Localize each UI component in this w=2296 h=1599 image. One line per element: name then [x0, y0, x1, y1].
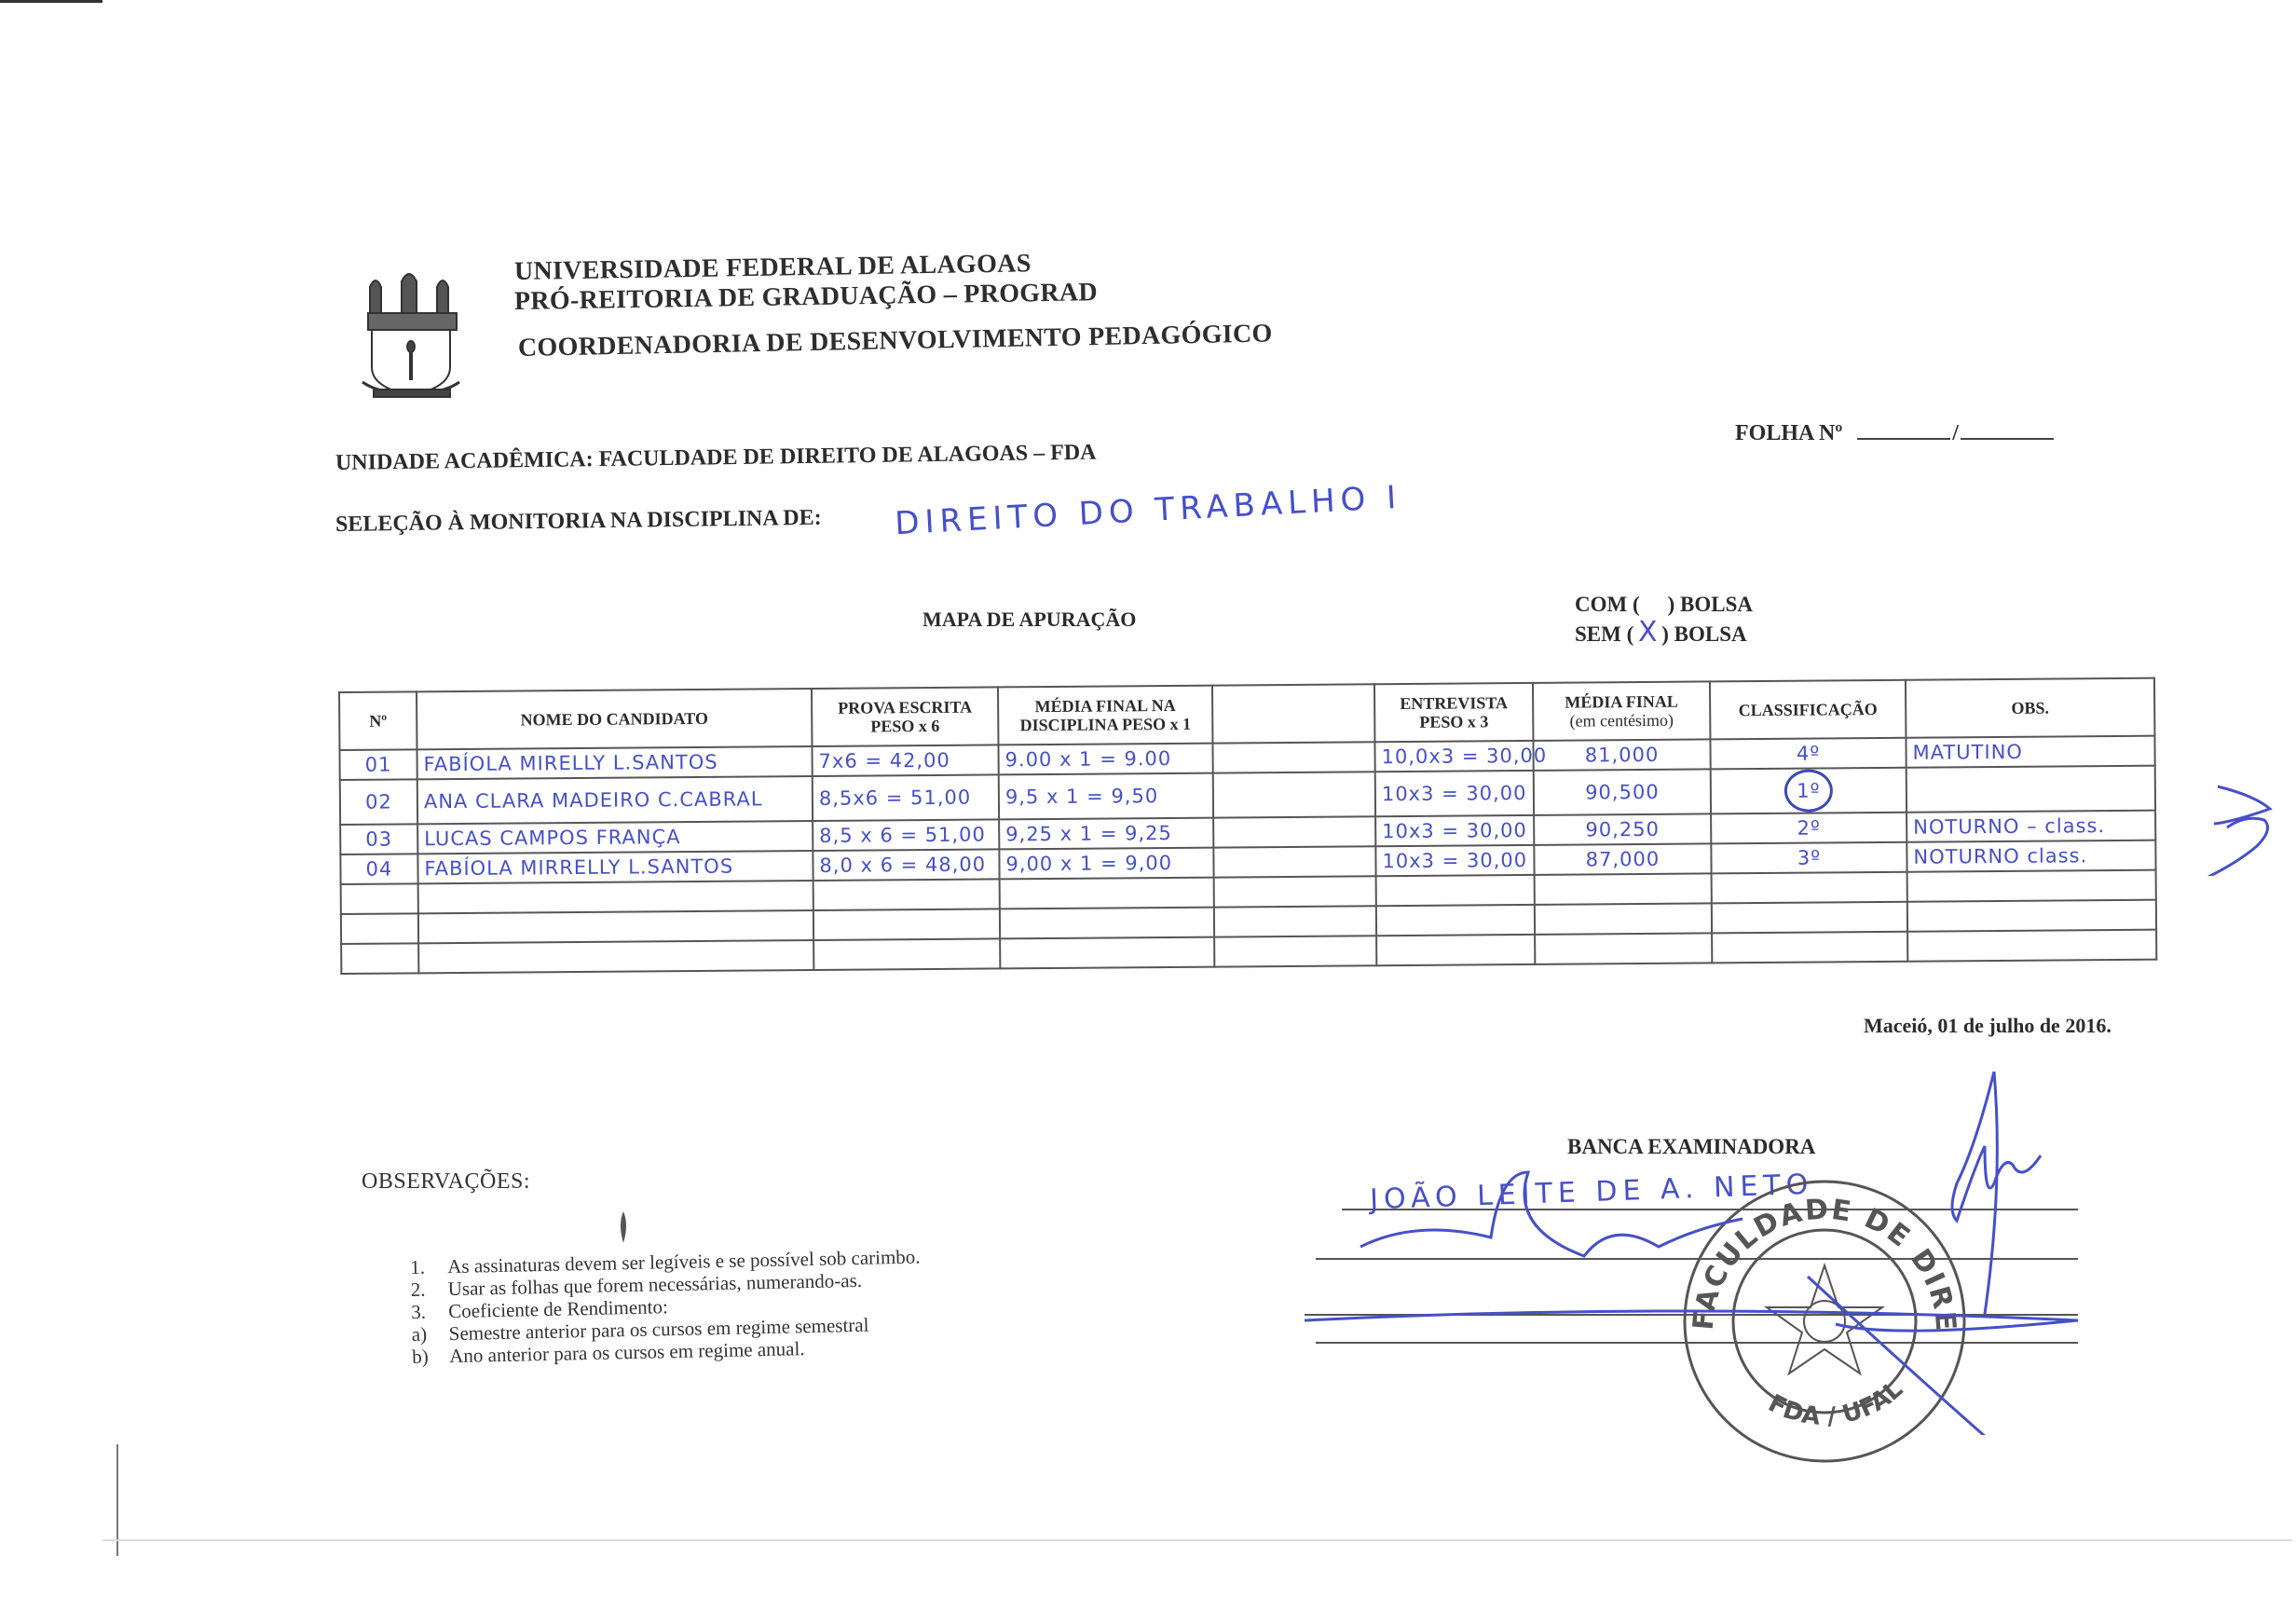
cell-prova[interactable]: [813, 909, 1000, 940]
cell-nome[interactable]: FABÍOLA MIRELLY L.SANTOS: [417, 746, 812, 779]
folha-total-field[interactable]: [1961, 423, 2054, 440]
cell-prova[interactable]: [813, 938, 1000, 970]
cell-classificacao[interactable]: 3º: [1711, 842, 1906, 874]
cell-entrevista[interactable]: 10x3 = 30,00: [1375, 845, 1534, 876]
selecao-label: SELEÇÃO À MONITORIA NA DISCIPLINA DE:: [335, 506, 822, 538]
coordination-name: COORDENADORIA DE DESENVOLVIMENTO PEDAGÓG…: [518, 319, 1273, 363]
obs-annotation-arrows: [1947, 773, 2283, 876]
observacao-number: 2.: [411, 1278, 448, 1301]
cell-obs[interactable]: [1907, 930, 2156, 962]
cell-media-final[interactable]: [1535, 933, 1712, 963]
observacao-number: 1.: [410, 1255, 447, 1278]
bolsa-options: COM () BOLSA SEM (X) BOLSA: [1575, 591, 1753, 649]
cell-num[interactable]: [341, 883, 418, 914]
sem-bolsa-checkbox[interactable]: X: [1633, 619, 1661, 647]
cell-blank[interactable]: [1214, 876, 1376, 907]
cell-entrevista[interactable]: 10x3 = 30,00: [1375, 771, 1534, 816]
unidade-academica: UNIDADE ACADÊMICA: FACULDADE DE DIREITO …: [335, 441, 1097, 476]
cell-nome[interactable]: [418, 910, 813, 943]
cell-prova[interactable]: 8,0 x 6 = 48,00: [813, 849, 999, 881]
cell-classificacao[interactable]: [1712, 872, 1907, 904]
header-blank: [1212, 684, 1374, 743]
cell-classificacao[interactable]: 4º: [1710, 738, 1906, 770]
observacoes-title: OBSERVAÇÕES:: [362, 1169, 530, 1195]
cell-blank[interactable]: [1214, 906, 1376, 936]
cell-media-disciplina[interactable]: [1000, 908, 1214, 939]
cell-num[interactable]: [341, 913, 418, 944]
header-media-final: MÉDIA FINAL(em centésimo): [1533, 681, 1710, 740]
cell-prova[interactable]: 7x6 = 42,00: [812, 745, 998, 776]
cell-media-final[interactable]: 87,000: [1534, 843, 1711, 874]
cell-nome[interactable]: [418, 881, 813, 913]
cell-media-disciplina[interactable]: 9,5 x 1 = 9,50: [999, 773, 1213, 820]
cell-blank[interactable]: [1213, 816, 1375, 847]
document-date: Maceió, 01 de julho de 2016.: [1864, 1014, 2111, 1038]
cell-media-disciplina[interactable]: 9,25 x 1 = 9,25: [999, 818, 1213, 850]
header-obs: OBS.: [1906, 678, 2154, 738]
observacao-number: b): [412, 1345, 449, 1368]
cell-entrevista[interactable]: [1376, 905, 1535, 936]
cell-classificacao[interactable]: [1712, 902, 1907, 934]
cell-nome[interactable]: FABÍOLA MIRRELLY L.SANTOS: [417, 851, 813, 883]
cell-prova[interactable]: [813, 879, 1000, 910]
cell-num[interactable]: 03: [340, 824, 417, 854]
cell-prova[interactable]: 8,5 x 6 = 51,00: [813, 819, 999, 851]
cell-blank[interactable]: [1213, 846, 1375, 877]
cell-media-disciplina[interactable]: 9.00 x 1 = 9.00: [998, 744, 1212, 775]
cell-nome[interactable]: LUCAS CAMPOS FRANÇA: [417, 821, 813, 854]
observacao-number: 3.: [411, 1300, 448, 1323]
cell-prova[interactable]: 8,5x6 = 51,00: [813, 774, 999, 821]
cell-classificacao[interactable]: [1712, 932, 1907, 963]
cell-media-final[interactable]: 81,000: [1533, 739, 1710, 770]
cell-entrevista[interactable]: 10x3 = 30,00: [1375, 815, 1534, 846]
cell-num[interactable]: [341, 943, 418, 974]
cell-num[interactable]: 04: [340, 854, 417, 884]
scan-edge-mark: [0, 0, 102, 3]
header-classificacao: CLASSIFICAÇÃO: [1710, 680, 1906, 740]
observacoes-list: 1.As assinaturas devem ser legíveis e se…: [410, 1246, 922, 1368]
header-num: Nº: [339, 691, 417, 750]
cell-entrevista[interactable]: 10,0x3 = 30,00: [1374, 741, 1533, 772]
cell-num[interactable]: 02: [340, 779, 417, 825]
cell-nome[interactable]: [418, 940, 813, 973]
cell-media-disciplina[interactable]: [1000, 937, 1214, 969]
results-table: Nº NOME DO CANDIDATO PROVA ESCRITAPESO x…: [338, 680, 1783, 975]
cell-blank[interactable]: [1213, 772, 1375, 817]
header-nome: NOME DO CANDIDATO: [417, 689, 812, 749]
cell-num[interactable]: 01: [339, 749, 417, 780]
examiner-signatures: [1286, 1044, 2218, 1435]
com-bolsa-option[interactable]: COM () BOLSA: [1575, 591, 1753, 619]
cell-media-disciplina[interactable]: 9,00 x 1 = 9,00: [999, 848, 1213, 880]
cell-blank[interactable]: [1212, 742, 1374, 772]
cell-blank[interactable]: [1214, 936, 1376, 966]
folha-number: FOLHA Nº /: [1735, 421, 2054, 446]
header-prova: PROVA ESCRITAPESO x 6: [812, 687, 998, 746]
cell-entrevista[interactable]: [1376, 875, 1535, 906]
cell-obs[interactable]: [1907, 900, 2156, 932]
cell-classificacao[interactable]: 2º: [1711, 813, 1906, 844]
cell-media-final[interactable]: 90,250: [1534, 813, 1711, 844]
folha-separator: /: [1952, 421, 1959, 446]
cell-media-final[interactable]: [1535, 873, 1712, 904]
sem-bolsa-option[interactable]: SEM (X) BOLSA: [1575, 619, 1753, 649]
folha-number-field[interactable]: [1857, 423, 1950, 440]
header-media-disciplina: MÉDIA FINAL NADISCIPLINA PESO x 1: [998, 686, 1212, 745]
ink-spot: [617, 1211, 630, 1243]
cell-obs[interactable]: MATUTINO: [1906, 736, 2154, 768]
observacao-number: a): [412, 1322, 449, 1346]
disciplina-field[interactable]: DIREITO DO TRABALHO I: [894, 479, 1402, 542]
university-crest-icon: [359, 272, 466, 403]
cell-nome[interactable]: ANA CLARA MADEIRO C.CABRAL: [417, 776, 813, 824]
cell-media-final[interactable]: [1535, 903, 1712, 934]
cell-entrevista[interactable]: [1376, 935, 1535, 965]
cell-classificacao[interactable]: 1º: [1711, 768, 1906, 814]
mapa-title: MAPA DE APURAÇÃO: [922, 608, 1136, 632]
scan-edge-mark: [102, 1539, 2292, 1541]
cell-media-disciplina[interactable]: [1000, 878, 1214, 909]
cell-media-final[interactable]: 90,500: [1534, 769, 1711, 814]
circled-first-place: 1º: [1784, 769, 1833, 812]
folha-label: FOLHA Nº: [1735, 421, 1842, 445]
header-entrevista: ENTREVISTAPESO x 3: [1374, 683, 1533, 742]
